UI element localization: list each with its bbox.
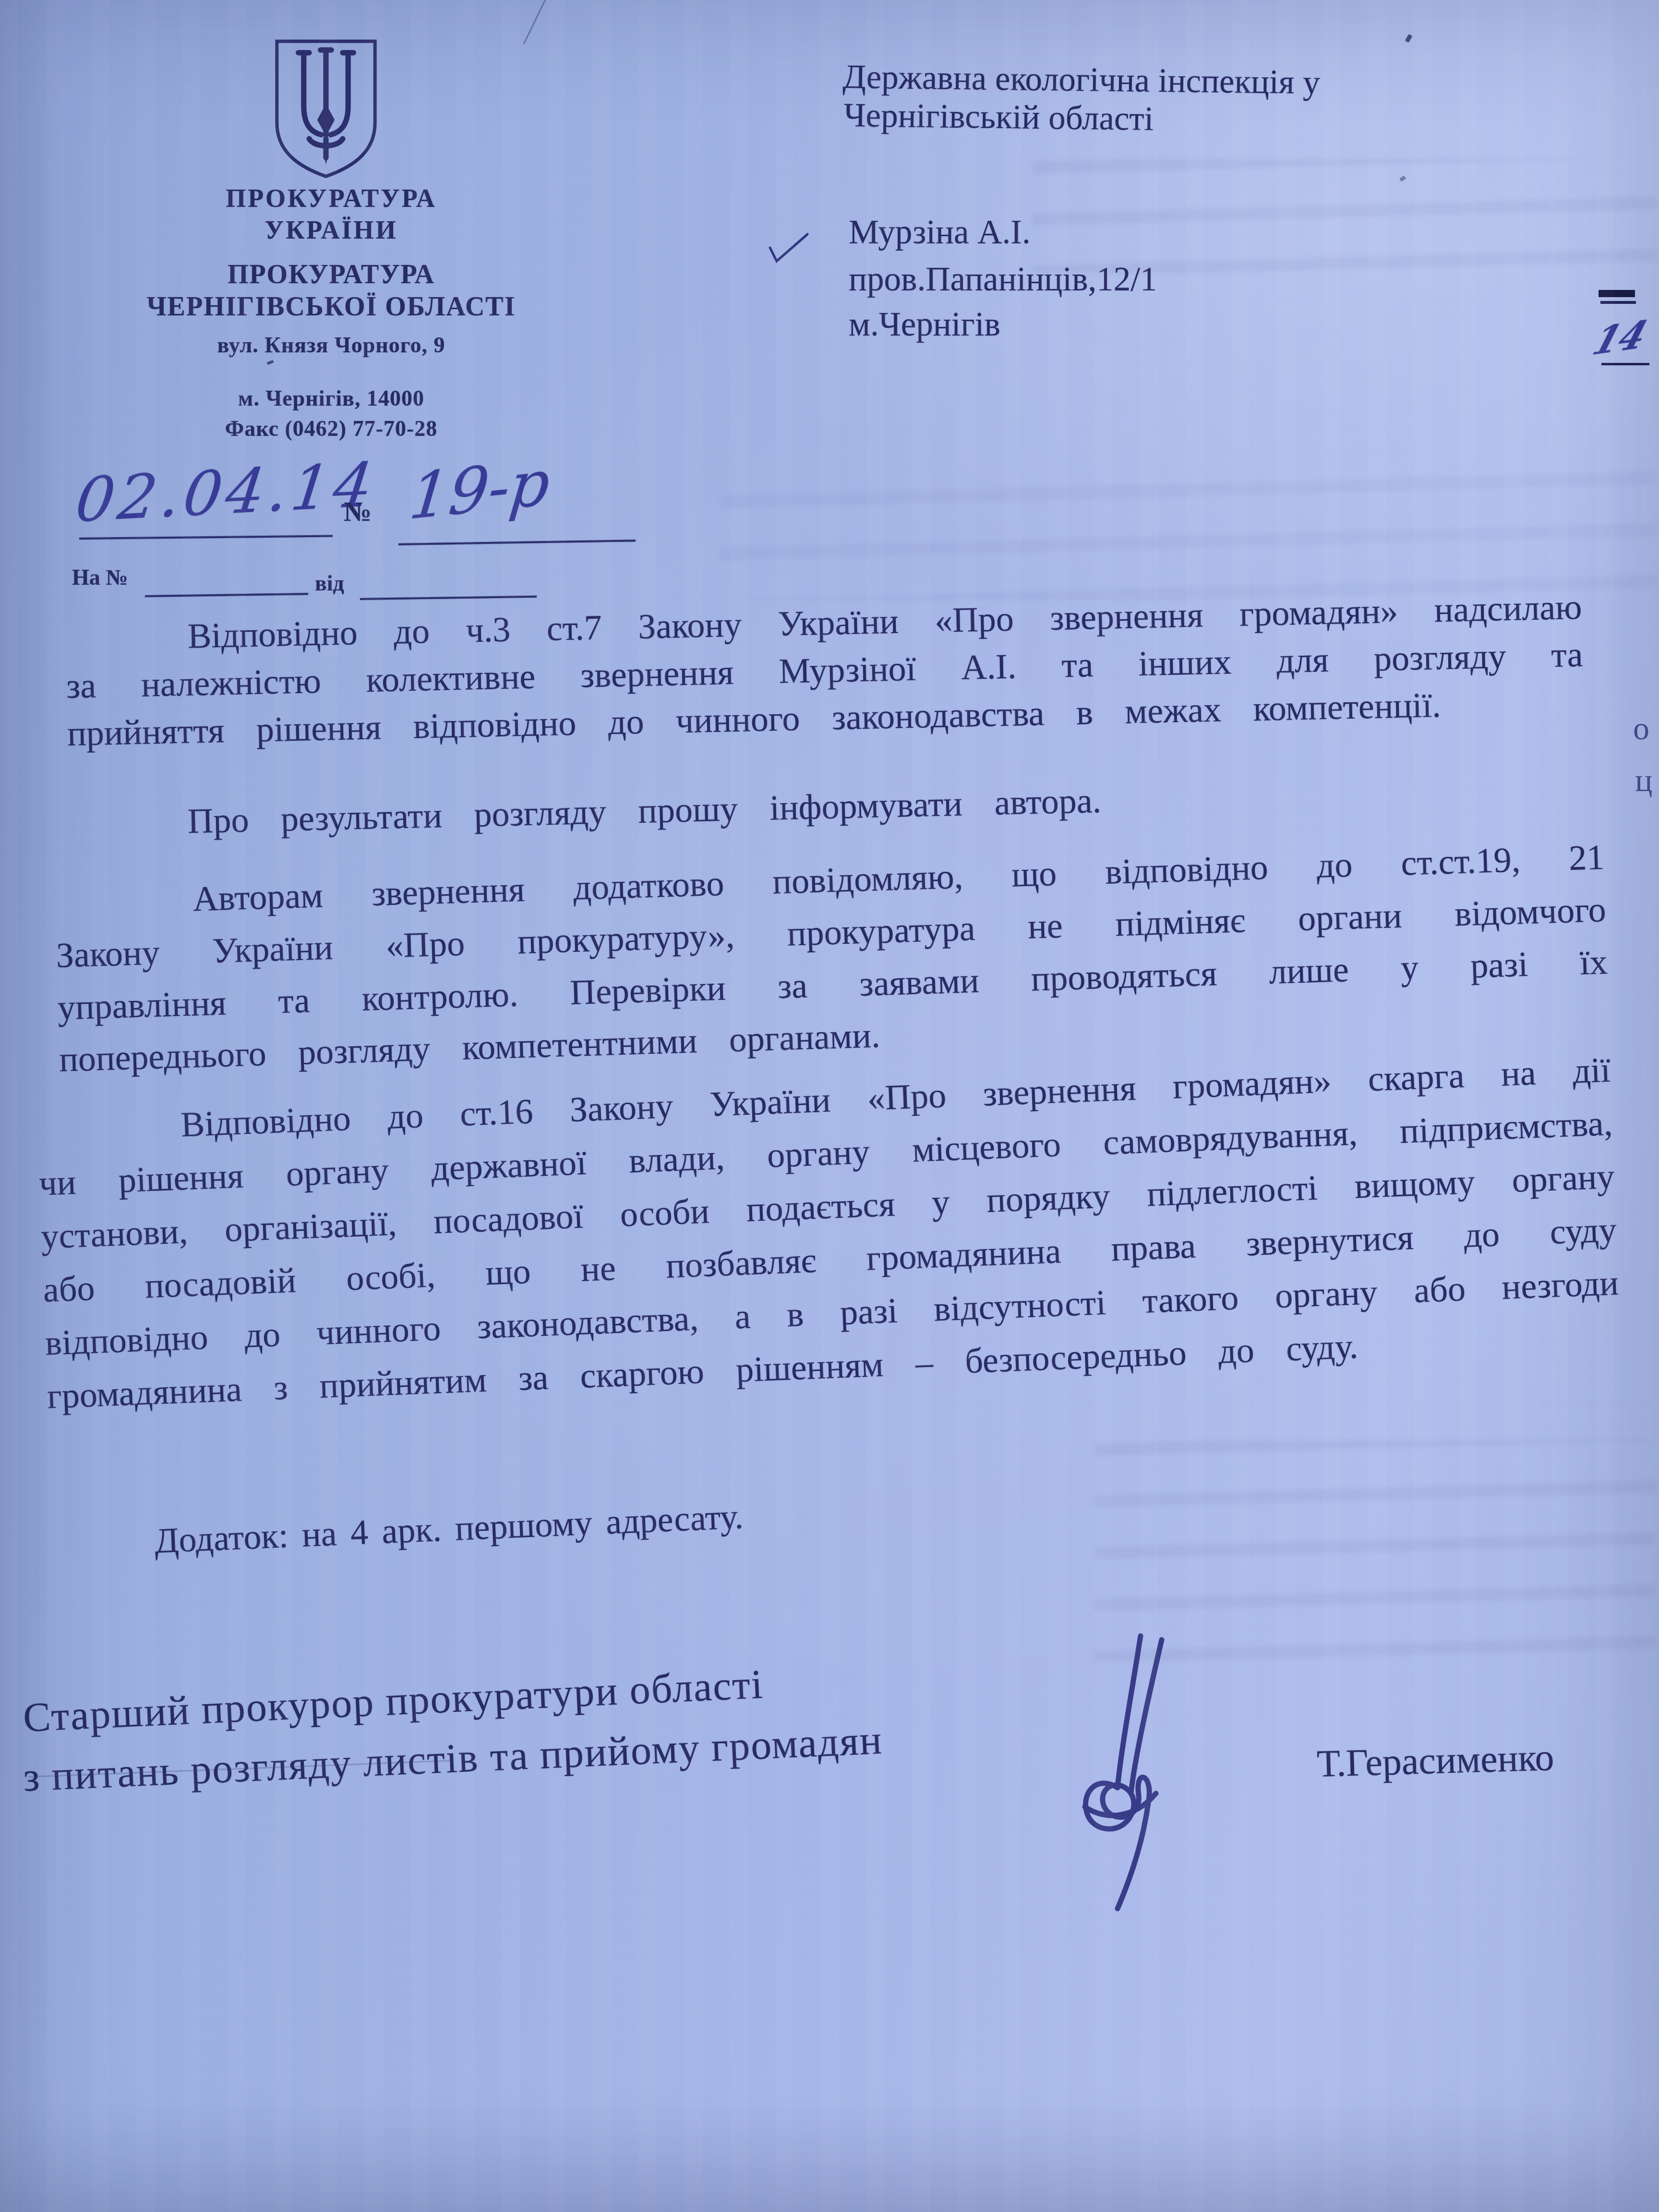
letterhead-org-line1: ПРОКУРАТУРА — [91, 183, 571, 213]
reply-from-label: від — [315, 570, 344, 596]
letterhead-office-line1: ПРОКУРАТУРА — [91, 259, 571, 290]
letterhead-street: вул. Князя Чорного, 9 — [91, 332, 571, 358]
pen-speck — [266, 360, 274, 365]
body-paragraph-3: Авторам звернення додатково повідомляю, … — [54, 831, 1610, 1086]
recipient-city: м.Чернігів — [849, 305, 1000, 344]
checkmark-icon — [766, 231, 810, 265]
margin-double-dash — [1599, 290, 1635, 297]
coat-of-arms-trident-icon — [269, 36, 383, 180]
bleed-through-ghost — [1032, 158, 1656, 274]
reply-number-label: На № — [72, 565, 128, 590]
paper-crease — [523, 0, 547, 44]
recipient-person: Мурзіна А.І. — [849, 213, 1031, 252]
date-underline — [79, 535, 333, 540]
recipient-org-line2: Чернігівській області — [843, 96, 1154, 139]
recipient-org-line1: Державна екологічна інспекція у — [842, 58, 1320, 102]
edge-letter: ц — [1635, 761, 1652, 799]
pen-speck — [1399, 175, 1406, 181]
body-paragraph-2: Про результати розгляду прошу інформуват… — [65, 766, 1582, 848]
attachment-note: Додаток: на 4 арк. першому адресату. — [36, 1455, 1611, 1573]
margin-double-dash — [1600, 301, 1636, 304]
letterhead-org-line2: УКРАЇНИ — [91, 215, 571, 245]
handwritten-signature — [1079, 1632, 1238, 1915]
page-number-handwritten: 14 — [1587, 312, 1652, 364]
handwritten-number: 19-р — [406, 445, 553, 534]
edge-letter: о — [1633, 709, 1649, 747]
letter-photo: ПРОКУРАТУРА УКРАЇНИ ПРОКУРАТУРА ЧЕРНІГІВ… — [0, 0, 1659, 2212]
bleed-through-ghost — [720, 456, 1656, 600]
page-number-underline — [1601, 363, 1649, 365]
body-paragraph-4: Відповідно до ст.16 Закону України «Про … — [36, 1044, 1622, 1423]
number-underline — [398, 540, 636, 545]
reply-from-line — [360, 596, 537, 600]
handwritten-date: 02.04.14 — [72, 449, 380, 536]
body-paragraph-1: Відповідно до ч.3 ст.7 Закону України «П… — [65, 584, 1585, 758]
letterhead-fax: Факс (0462) 77-70-28 — [91, 416, 571, 441]
reply-number-line — [145, 593, 308, 597]
numero-sign: № — [344, 495, 372, 528]
recipient-street: пров.Папанінців,12/1 — [849, 260, 1157, 299]
pen-speck — [1405, 34, 1413, 43]
letterhead-office-line2: ЧЕРНІГІВСЬКОЇ ОБЛАСТІ — [91, 291, 571, 322]
letterhead-city: м. Чернігів, 14000 — [91, 385, 571, 411]
signer-name: Т.Герасименко — [1316, 1736, 1554, 1786]
